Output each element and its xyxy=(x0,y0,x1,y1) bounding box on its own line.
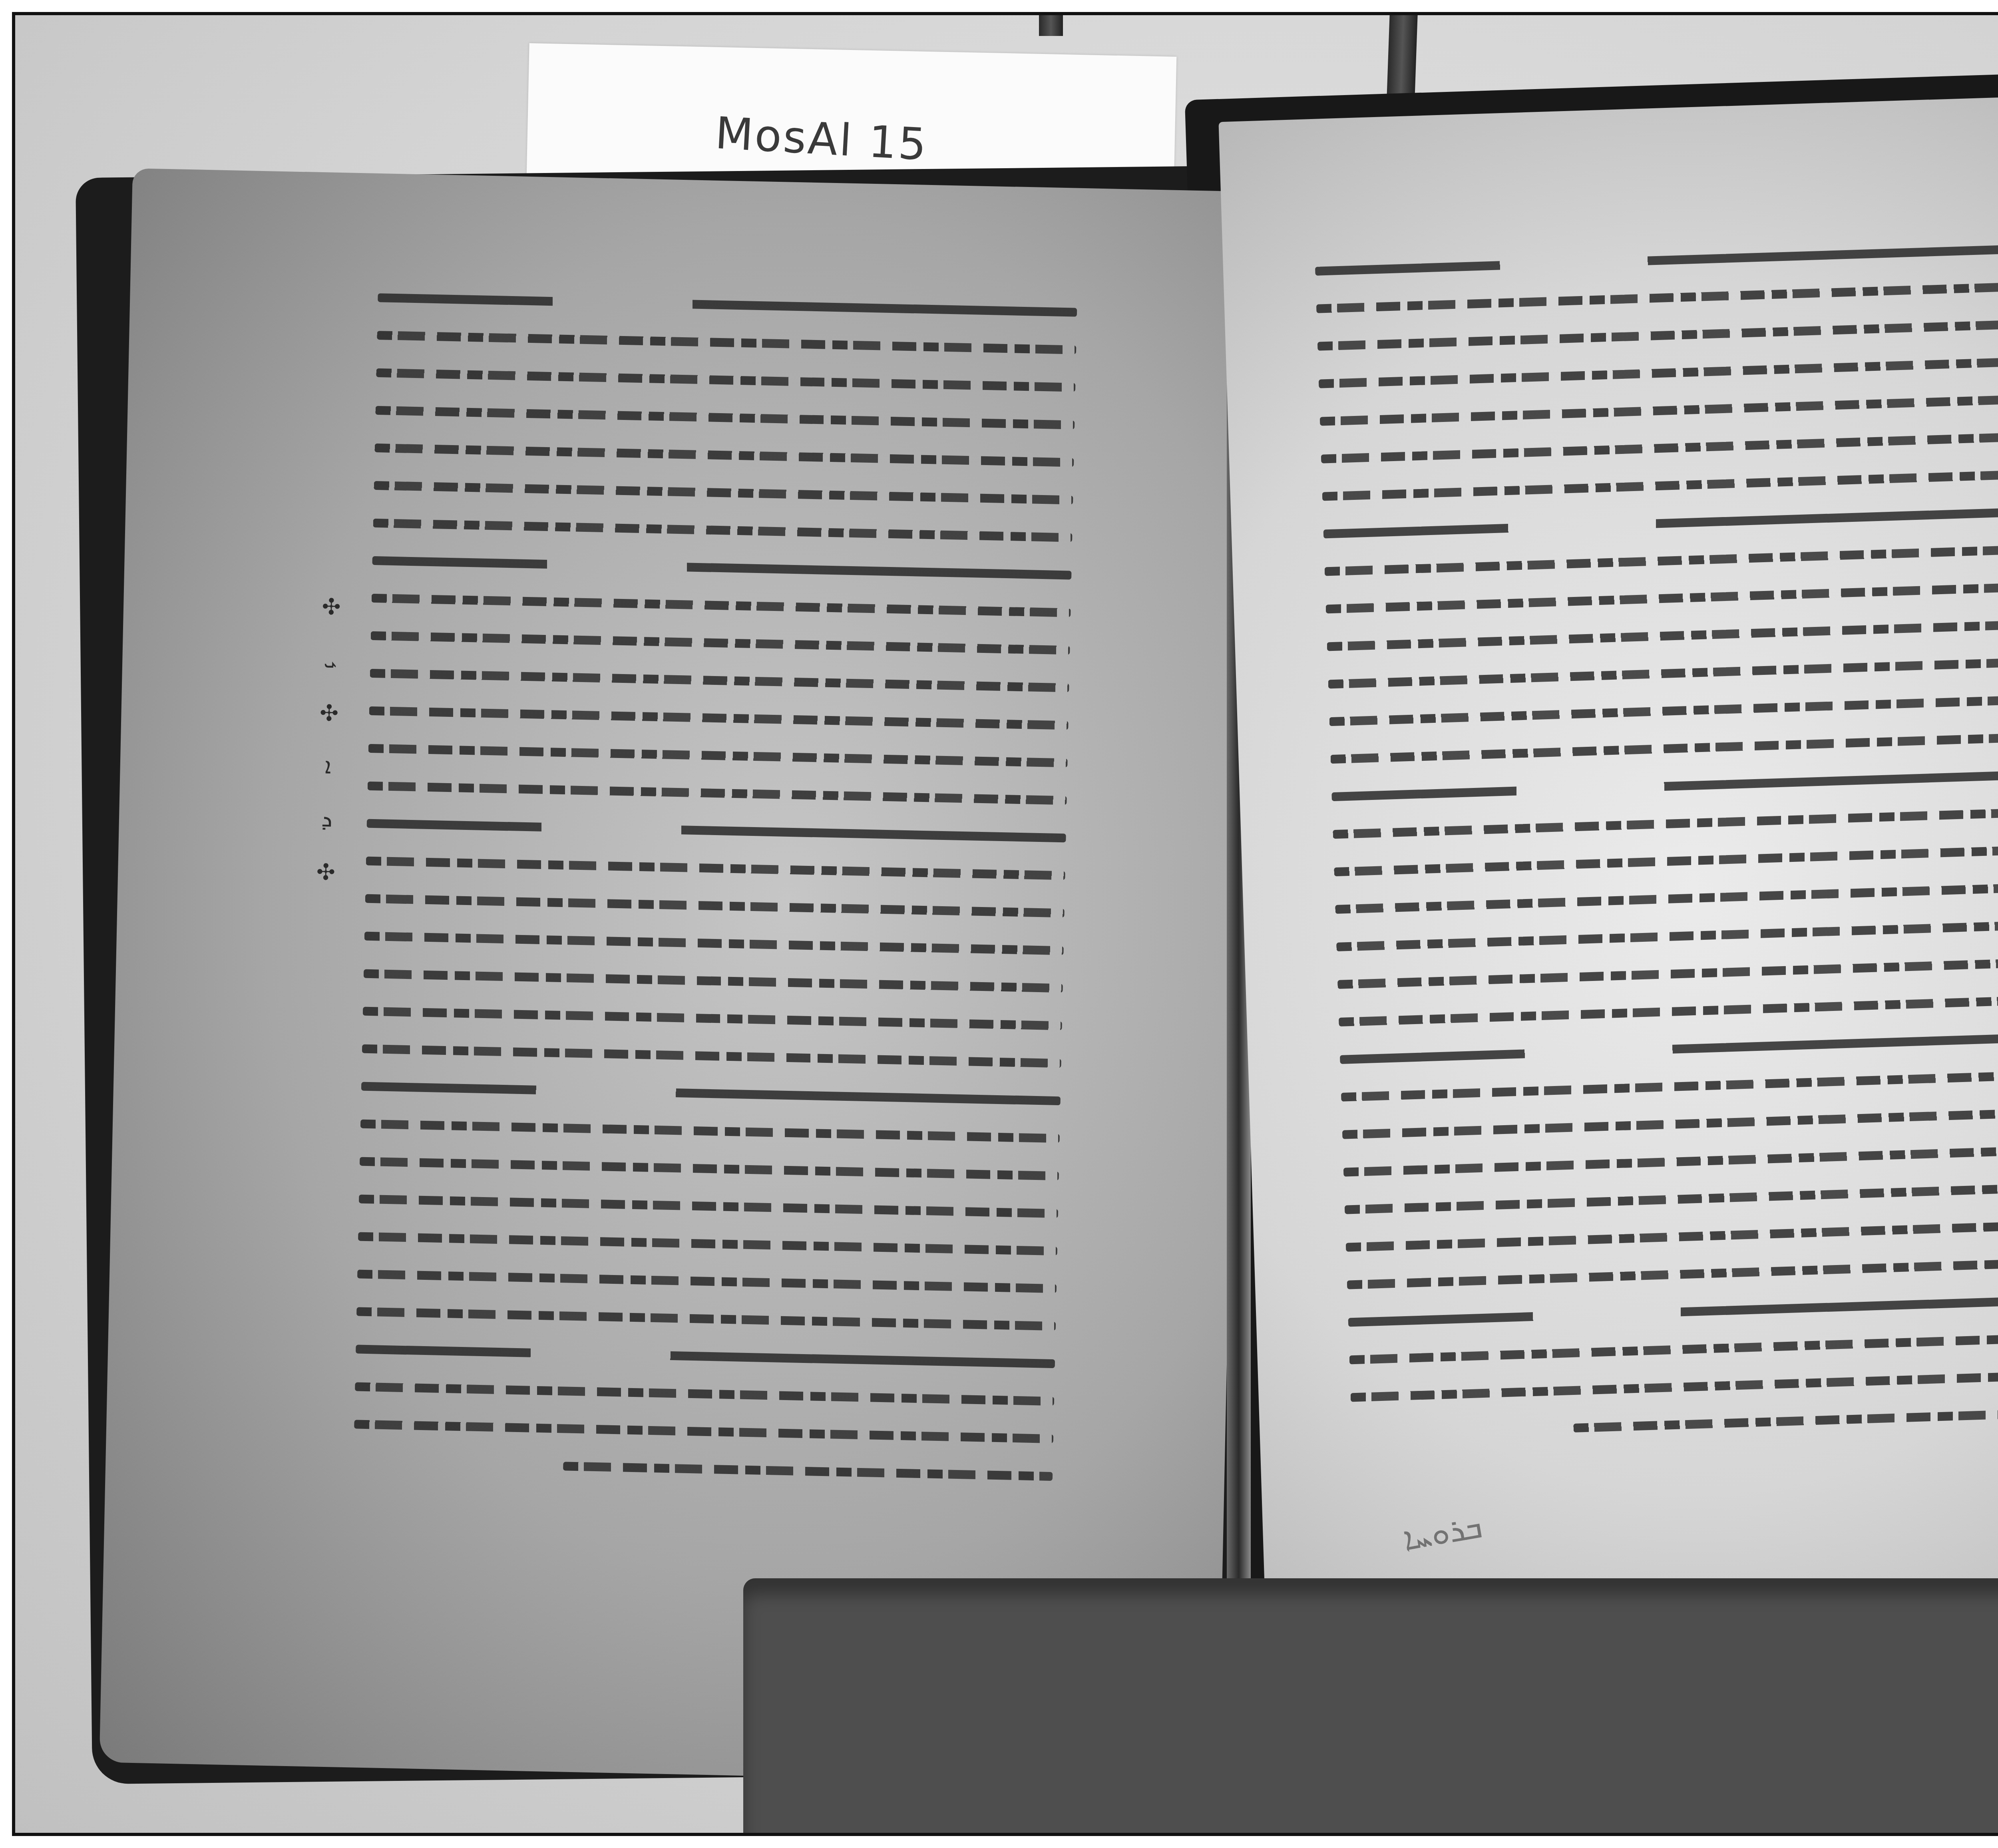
syriac-text-line xyxy=(1336,919,1998,951)
syriac-text-line xyxy=(356,1307,1056,1331)
left-page: ✣ ܝ ✣ ܐ ܕ ✣ xyxy=(100,168,1252,1786)
syriac-text-line xyxy=(1341,1070,1998,1102)
syriac-text-line xyxy=(366,857,1065,880)
syriac-text-line xyxy=(1347,1257,1998,1289)
syriac-text-line xyxy=(1322,469,1998,501)
syriac-text-line xyxy=(361,1082,1061,1106)
support-box xyxy=(743,1578,1998,1836)
syriac-text-line xyxy=(1349,1332,1998,1364)
syriac-text-line xyxy=(368,782,1067,805)
syriac-text-line xyxy=(369,706,1069,730)
catchword: ܒܪܘܚܐ xyxy=(1400,1508,1485,1558)
syriac-text-line xyxy=(1330,732,1998,764)
syriac-text-line xyxy=(1343,1145,1998,1177)
manuscript-photo: MosAl 15 ✣ ܝ ✣ ܐ ܕ ✣ ⁖ ܒܪܘܚܐ xyxy=(12,12,1998,1836)
syriac-text-line xyxy=(371,594,1071,617)
syriac-text-line xyxy=(1348,1295,1998,1327)
syriac-text-line xyxy=(1328,656,1998,688)
marginal-marks: ✣ ܝ ✣ ܐ ܕ ✣ xyxy=(310,596,348,884)
syriac-text-line xyxy=(1331,769,1998,801)
syriac-text-line xyxy=(1345,1182,1998,1214)
syriac-text-line xyxy=(367,819,1066,843)
syriac-text-line xyxy=(368,744,1068,768)
marginal-mark: ܕ xyxy=(321,808,333,831)
syriac-text-line xyxy=(1333,807,1998,839)
right-text-block xyxy=(1315,244,1998,1468)
syriac-text-line xyxy=(374,481,1073,505)
syriac-text-line xyxy=(357,1270,1057,1293)
syriac-text-line xyxy=(374,444,1074,467)
syriac-text-line xyxy=(1327,619,1998,651)
syriac-text-line xyxy=(364,969,1063,993)
left-text-block xyxy=(353,293,1077,1510)
syriac-text-line xyxy=(1342,1107,1998,1139)
syriac-text-line xyxy=(1346,1220,1998,1252)
syriac-text-line xyxy=(1351,1370,1998,1402)
marginal-mark: ܐ xyxy=(324,755,331,778)
syriac-text-line xyxy=(372,556,1071,580)
syriac-text-line xyxy=(359,1195,1058,1218)
syriac-text-line xyxy=(364,932,1064,955)
syriac-text-line xyxy=(358,1232,1057,1256)
syriac-text-line xyxy=(1326,581,1998,613)
syriac-text-line xyxy=(365,894,1065,918)
syriac-text-line xyxy=(376,368,1075,392)
syriac-text-line xyxy=(1340,1032,1998,1064)
syriac-text-line xyxy=(1319,356,1998,388)
syriac-text-line xyxy=(1329,694,1998,726)
shelfmark-label: MosAl 15 xyxy=(714,107,929,171)
syriac-text-line xyxy=(370,631,1070,655)
marginal-mark: ✣ xyxy=(320,702,339,725)
syriac-text-line xyxy=(370,669,1069,692)
syriac-text-line xyxy=(1315,244,1998,276)
syriac-text-line xyxy=(1339,995,1998,1026)
syriac-text-line xyxy=(1317,319,1998,351)
syriac-text-line xyxy=(373,519,1072,542)
syriac-text-line xyxy=(1334,844,1998,876)
syriac-text-line xyxy=(1316,281,1998,313)
syriac-text-line xyxy=(1337,957,1998,989)
syriac-text-line xyxy=(354,1420,1053,1443)
syriac-text-line xyxy=(355,1382,1054,1406)
syriac-text-line xyxy=(1320,394,1998,426)
marginal-mark: ܝ xyxy=(323,649,337,672)
syriac-text-line xyxy=(1335,882,1998,914)
syriac-text-line xyxy=(362,1044,1061,1068)
stand-rod-left xyxy=(1039,12,1063,36)
syriac-text-line xyxy=(1573,1407,1998,1432)
syriac-text-line xyxy=(378,293,1077,317)
syriac-text-line xyxy=(360,1120,1060,1143)
right-page: ⁖ ܒܪܘܚܐ xyxy=(1218,87,1998,1680)
syriac-text-line xyxy=(375,406,1075,430)
syriac-text-line xyxy=(563,1462,1053,1481)
marginal-mark: ✣ xyxy=(316,861,335,884)
syriac-text-line xyxy=(363,1007,1062,1030)
syriac-text-line xyxy=(1325,544,1998,576)
syriac-text-line xyxy=(1321,432,1998,463)
syriac-text-line xyxy=(360,1157,1059,1181)
syriac-text-line xyxy=(377,331,1076,354)
marginal-mark: ✣ xyxy=(322,596,341,619)
syriac-text-line xyxy=(356,1345,1055,1368)
syriac-text-line xyxy=(1323,506,1998,538)
